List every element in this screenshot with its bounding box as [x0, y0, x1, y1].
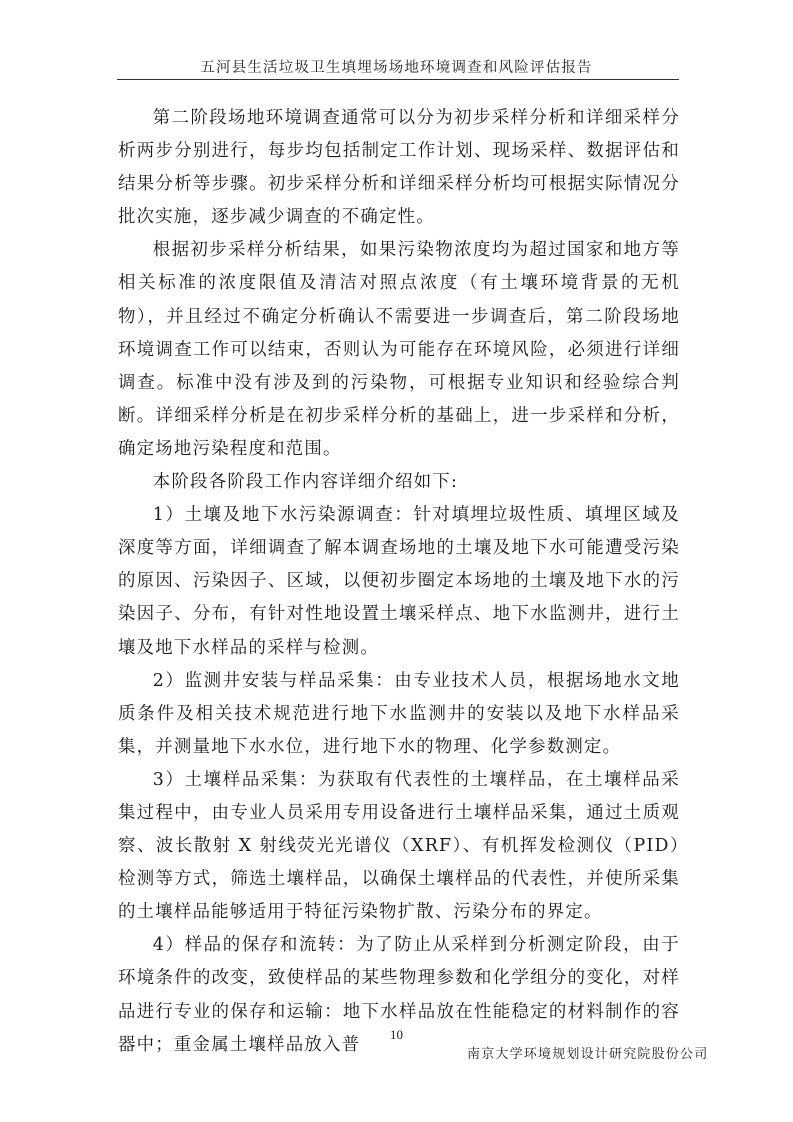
- footer-organization: 南京大学环境规划设计研究院股份公司: [467, 1043, 708, 1062]
- paragraph-preliminary-results: 根据初步采样分析结果，如果污染物浓度均为超过国家和地方等相关标准的浓度限值及清洁…: [118, 234, 680, 466]
- header-divider: [117, 79, 679, 80]
- report-title: 五河县生活垃圾卫生填埋场场地环境调查和风险评估报告: [0, 56, 793, 77]
- paragraph-item-3-soil-sampling: 3）土壤样品采集：为获取有代表性的土壤样品，在土壤样品采集过程中，由专业人员采用…: [118, 764, 680, 929]
- page-body: 第二阶段场地环境调查通常可以分为初步采样分析和详细采样分析两步分别进行，每步均包…: [118, 102, 680, 1062]
- paragraph-item-2-monitoring-wells: 2）监测井安装与样品采集：由专业技术人员，根据场地水文地质条件及相关技术规范进行…: [118, 665, 680, 764]
- page-number: 10: [0, 1027, 793, 1043]
- paragraph-work-intro: 本阶段各阶段工作内容详细介绍如下:: [118, 466, 680, 499]
- paragraph-stage-two-overview: 第二阶段场地环境调查通常可以分为初步采样分析和详细采样分析两步分别进行，每步均包…: [118, 102, 680, 234]
- paragraph-item-1-pollution-source: 1）土壤及地下水污染源调查：针对填埋垃圾性质、填埋区域及深度等方面，详细调查了解…: [118, 499, 680, 664]
